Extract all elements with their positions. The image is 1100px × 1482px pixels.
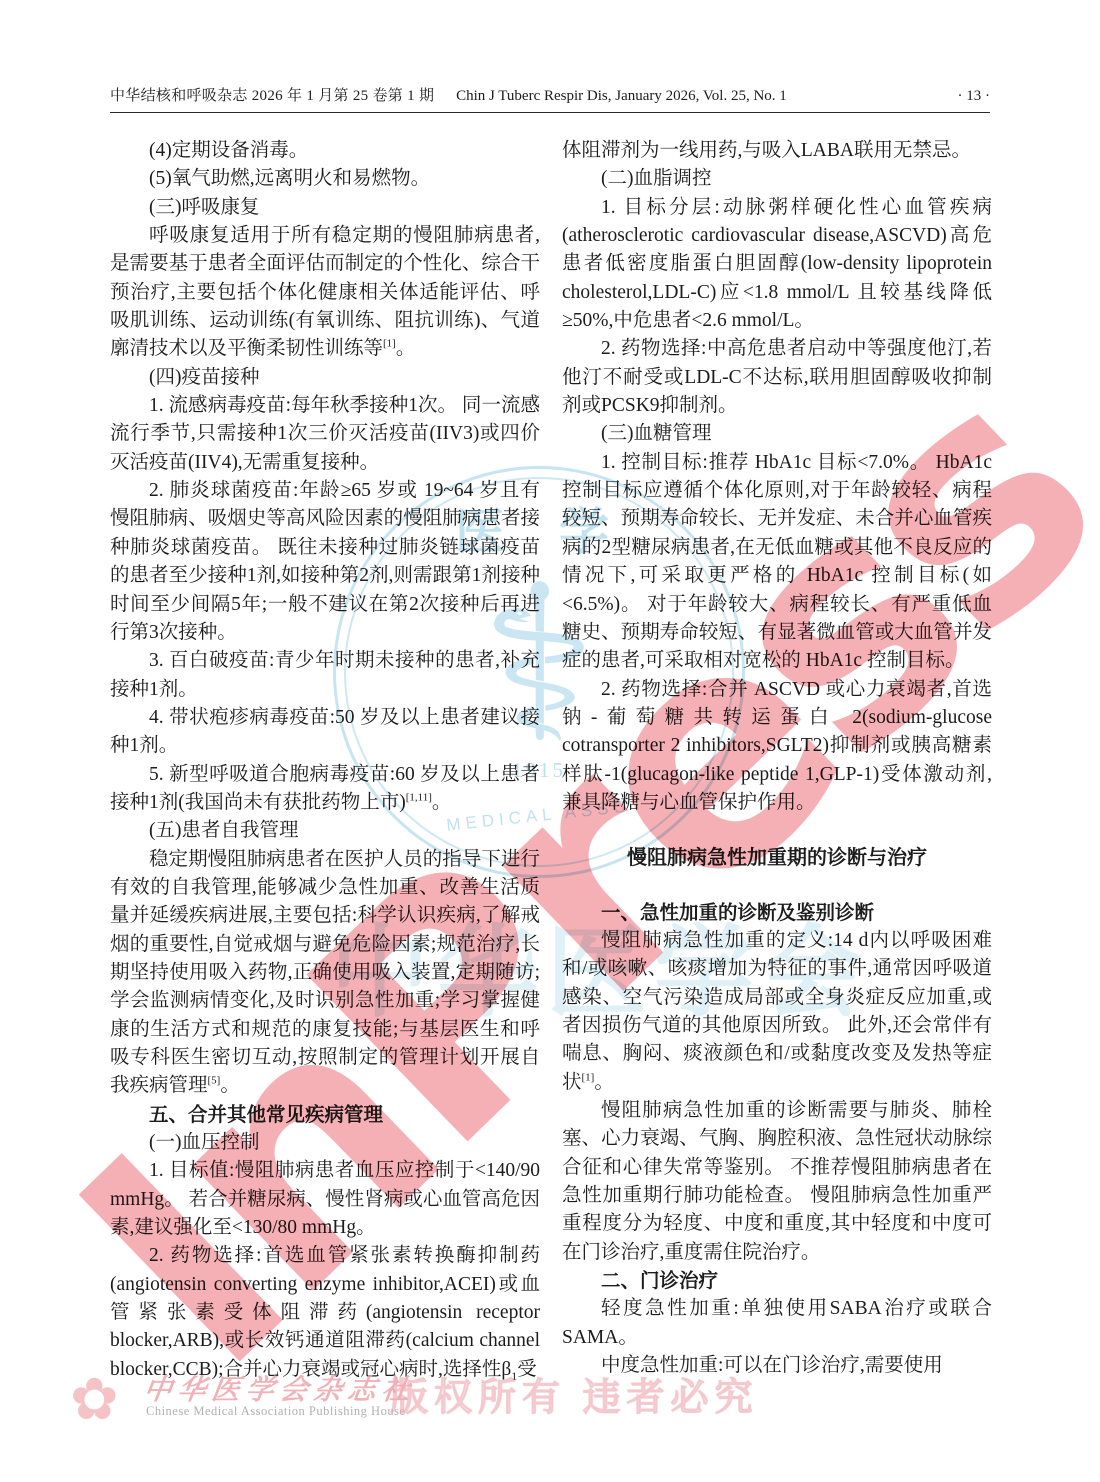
text-run: 慢阻肺病急性加重期的诊断与治疗 (627, 847, 927, 869)
paragraph: 呼吸康复适用于所有稳定期的慢阻肺病患者,是需要基于患者全面评估而制定的个性化、综… (110, 222, 540, 364)
publisher-footer: ✿ 中华医学会杂志社 Chinese Medical Association P… (70, 1366, 1030, 1446)
text-run: 体阻滞剂为一线用药,与吸入LABA联用无禁忌。 (562, 140, 971, 161)
reference-superscript: [1,11] (406, 791, 432, 803)
paragraph: 稳定期慢阻肺病患者在医护人员的指导下进行有效的自我管理,能够减少急性加重、改善生… (110, 846, 540, 1101)
publisher-name-cn: 中华医学会杂志社 (141, 1368, 419, 1408)
chapter-title: 慢阻肺病急性加重期的诊断与治疗 (562, 844, 992, 872)
section-heading: 二、门诊治疗 (562, 1267, 992, 1295)
section-heading: 五、合并其他常见疾病管理 (110, 1101, 540, 1129)
text-run: 1. 控制目标:推荐 HbA1c 目标<7.0%。 HbA1c控制目标应遵循个体… (562, 452, 992, 671)
paragraph: 3. 百白破疫苗:青少年时期未接种的患者,补充接种1剂。 (110, 647, 540, 704)
text-run: 1. 流感病毒疫苗:每年秋季接种1次。 同一流感流行季节,只需接种1次三价灭活疫… (110, 395, 540, 473)
paragraph: 2. 肺炎球菌疫苗:年龄≥65 岁或 19~64 岁且有慢阻肺病、吸烟史等高风险… (110, 477, 540, 647)
text-run: (五)患者自我管理 (149, 820, 299, 841)
paragraph: 1. 目标值:慢阻肺病患者血压应控制于<140/90 mmHg。 若合并糖尿病、… (110, 1157, 540, 1242)
right-column: 体阻滞剂为一线用药,与吸入LABA联用无禁忌。(二)血脂调控1. 目标分层:动脉… (562, 137, 992, 1380)
paragraph: (4)定期设备消毒。 (110, 137, 540, 165)
reference-superscript: [5] (208, 1075, 221, 1087)
text-run: (三)血糖管理 (601, 423, 712, 444)
text-run: 五、合并其他常见疾病管理 (149, 1104, 383, 1126)
page-number: · 13 · (958, 88, 991, 105)
text-run: (二)血脂调控 (601, 168, 712, 189)
reference-superscript: [1] (582, 1071, 595, 1083)
journal-title-cn: 中华结核和呼吸杂志 2026 年 1 月第 25 卷第 1 期 (110, 88, 434, 104)
publisher-name-en: Chinese Medical Association Publishing H… (146, 1404, 405, 1419)
text-run: 2. 药物选择:中高危患者启动中等强度他汀,若他汀不耐受或LDL-C不达标,联用… (562, 338, 992, 416)
paragraph: 轻度急性加重:单独使用SABA治疗或联合SAMA。 (562, 1295, 992, 1352)
text-run: 2. 药物选择:合并 ASCVD 或心力衰竭者,首选钠-葡萄糖共转运蛋白 2(s… (562, 679, 992, 813)
text-run: 呼吸康复适用于所有稳定期的慢阻肺病患者,是需要基于患者全面评估而制定的个性化、综… (110, 225, 540, 359)
text-run: (一)血压控制 (149, 1132, 260, 1153)
text-run: 5. 新型呼吸道合胞病毒疫苗:60 岁及以上患者接种1剂(我国尚未有获批药物上市… (110, 764, 540, 813)
text-run: 慢阻肺病急性加重的定义:14 d内以呼吸困难和/或咳嗽、咳痰增加为特征的事件,通… (562, 930, 992, 1093)
paragraph: 1. 控制目标:推荐 HbA1c 目标<7.0%。 HbA1c控制目标应遵循个体… (562, 449, 992, 676)
paragraph: 4. 带状疱疹病毒疫苗:50 岁及以上患者建议接种1剂。 (110, 704, 540, 761)
section-heading: 一、急性加重的诊断及鉴别诊断 (562, 899, 992, 927)
text-run: 1. 目标分层:动脉粥样硬化性心血管疾病(atherosclerotic car… (562, 197, 992, 331)
text-run: 轻度急性加重:单独使用SABA治疗或联合SAMA。 (562, 1298, 992, 1347)
text-run: (5)氧气助燃,远离明火和易燃物。 (149, 168, 430, 189)
paragraph: 2. 药物选择:合并 ASCVD 或心力衰竭者,首选钠-葡萄糖共转运蛋白 2(s… (562, 676, 992, 818)
paragraph: 2. 药物选择:中高危患者启动中等强度他汀,若他汀不耐受或LDL-C不达标,联用… (562, 335, 992, 420)
paragraph: 慢阻肺病急性加重的诊断需要与肺炎、肺栓塞、心力衰竭、气胸、胸腔积液、急性冠状动脉… (562, 1097, 992, 1267)
reference-superscript: [1] (383, 338, 396, 350)
text-run: 二、门诊治疗 (601, 1270, 718, 1292)
paragraph: (一)血压控制 (110, 1129, 540, 1157)
text-run: 。 (396, 338, 416, 359)
paragraph: 2. 药物选择:首选血管紧张素转换酶抑制药(angiotensin conver… (110, 1242, 540, 1384)
text-run: (4)定期设备消毒。 (149, 140, 308, 161)
text-run: 。 (220, 1075, 240, 1096)
paragraph: (三)血糖管理 (562, 420, 992, 448)
text-run: 。 (432, 792, 452, 813)
paragraph: 1. 目标分层:动脉粥样硬化性心血管疾病(atherosclerotic car… (562, 194, 992, 336)
paragraph: 1. 流感病毒疫苗:每年秋季接种1次。 同一流感流行季节,只需接种1次三价灭活疫… (110, 392, 540, 477)
journal-page: 医 学 ⚕ 1915 MEDICAL ASSO 中华医学会 中华结核和呼吸杂志 … (0, 0, 1100, 1482)
paragraph: 5. 新型呼吸道合胞病毒疫苗:60 岁及以上患者接种1剂(我国尚未有获批药物上市… (110, 761, 540, 818)
continuation-paragraph: 体阻滞剂为一线用药,与吸入LABA联用无禁忌。 (562, 137, 992, 165)
text-run: 3. 百白破疫苗:青少年时期未接种的患者,补充接种1剂。 (110, 650, 540, 699)
paragraph: (二)血脂调控 (562, 165, 992, 193)
text-run: 1. 目标值:慢阻肺病患者血压应控制于<140/90 mmHg。 若合并糖尿病、… (110, 1160, 540, 1238)
text-run: 稳定期慢阻肺病患者在医护人员的指导下进行有效的自我管理,能够减少急性加重、改善生… (110, 849, 540, 1097)
text-run: (四)疫苗接种 (149, 367, 260, 388)
text-run: 4. 带状疱疹病毒疫苗:50 岁及以上患者建议接种1剂。 (110, 707, 540, 756)
text-run: 2. 肺炎球菌疫苗:年龄≥65 岁或 19~64 岁且有慢阻肺病、吸烟史等高风险… (110, 480, 540, 643)
paragraph: (5)氧气助燃,远离明火和易燃物。 (110, 165, 540, 193)
journal-title-en: Chin J Tuberc Respir Dis, January 2026, … (456, 88, 787, 104)
text-run: 一、急性加重的诊断及鉴别诊断 (601, 902, 874, 924)
paragraph: (五)患者自我管理 (110, 817, 540, 845)
paragraph: (三)呼吸康复 (110, 194, 540, 222)
text-run: 。 (594, 1072, 614, 1093)
text-run: (三)呼吸康复 (149, 197, 260, 218)
left-column: (4)定期设备消毒。(5)氧气助燃,远离明火和易燃物。(三)呼吸康复呼吸康复适用… (110, 137, 540, 1384)
text-run: 慢阻肺病急性加重的诊断需要与肺炎、肺栓塞、心力衰竭、气胸、胸腔积液、急性冠状动脉… (562, 1100, 992, 1263)
text-run: 2. 药物选择:首选血管紧张素转换酶抑制药(angiotensin conver… (110, 1245, 540, 1379)
copyright-stamp: 版权所有 违者必究 (390, 1366, 759, 1421)
publisher-flower-icon: ✿ (70, 1370, 119, 1428)
running-header: 中华结核和呼吸杂志 2026 年 1 月第 25 卷第 1 期 Chin J T… (110, 84, 990, 113)
paragraph: (四)疫苗接种 (110, 364, 540, 392)
paragraph: 慢阻肺病急性加重的定义:14 d内以呼吸困难和/或咳嗽、咳痰增加为特征的事件,通… (562, 927, 992, 1097)
